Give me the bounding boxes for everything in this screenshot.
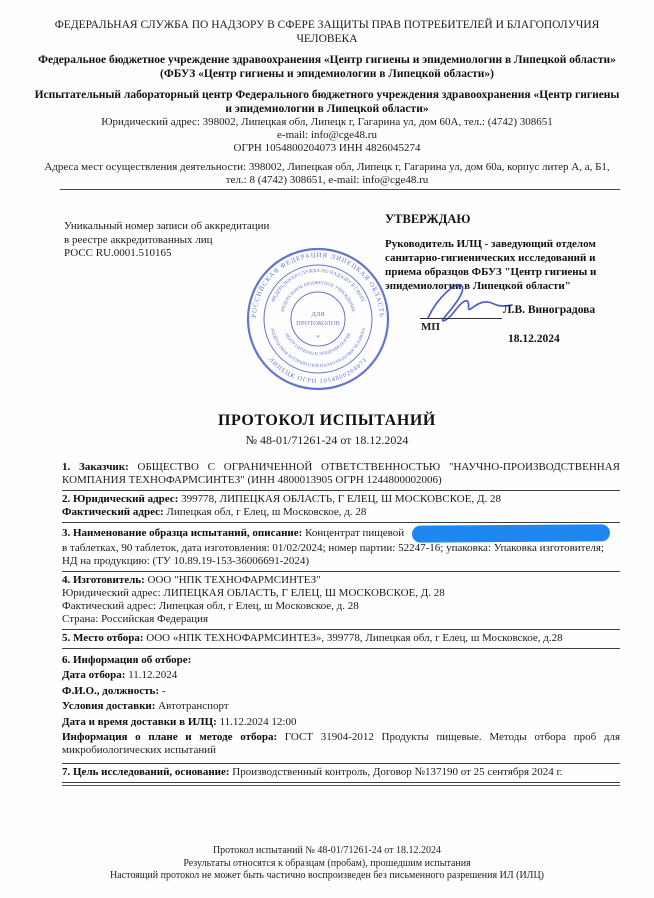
sample-name-visible: Концентрат пищевой	[305, 527, 404, 539]
legal-address-label: 2. Юридический адрес:	[62, 493, 178, 505]
redaction-highlight	[412, 524, 610, 542]
protocol-title: ПРОТОКОЛ ИСПЫТАНИЙ	[0, 412, 654, 430]
fio-value: -	[162, 685, 166, 697]
section-sampling-info: 6. Информация об отборе: Дата отбора: 11…	[62, 649, 620, 764]
section-sampling-place: 5. Место отбора: ООО «НПК ТЕХНОФАРМСИНТЕ…	[62, 630, 620, 649]
signature-line	[420, 318, 502, 319]
sample-nd: НД на продукцию: (ТУ 10.89.19-153-360066…	[62, 555, 620, 568]
footer-protocol-ref: Протокол испытаний № 48-01/71261-24 от 1…	[0, 845, 654, 858]
official-round-stamp: РОССИЙСКАЯ ФЕДЕРАЦИЯ ЛИПЕЦКАЯ ОБЛАСТЬ ЛИ…	[244, 245, 392, 393]
document-header: ФЕДЕРАЛЬНАЯ СЛУЖБА ПО НАДЗОРУ В СФЕРЕ ЗА…	[27, 14, 627, 187]
sampling-method-label: Информация о плане и методе отбора:	[62, 731, 277, 743]
sampling-date-value: 11.12.2024	[128, 669, 177, 681]
laboratory-center-name: Испытательный лабораторный центр Федерал…	[34, 88, 620, 116]
stamp-center-line1: ДЛЯ	[311, 311, 325, 318]
purpose-value: Производственный контроль, Договор №1371…	[232, 766, 562, 778]
protocol-number: № 48-01/71261-24 от 18.12.2024	[0, 433, 654, 448]
mp-label: МП	[421, 321, 440, 333]
stamp-star: *	[316, 334, 320, 342]
manufacturer-value: ООО "НПК ТЕХНОФАРМСИНТЕЗ"	[148, 574, 321, 586]
delivery-conditions-value: Автотранспорт	[158, 700, 229, 712]
sampling-date-label: Дата отбора:	[62, 669, 125, 681]
organization-name: Федеральное бюджетное учреждение здравоо…	[27, 53, 627, 81]
arrival-datetime-label: Дата и время доставки в ИЛЦ:	[62, 716, 217, 728]
svg-text:РОССИЙСКАЯ ФЕДЕРАЦИЯ ЛИПЕЦКАЯ: РОССИЙСКАЯ ФЕДЕРАЦИЯ ЛИПЕЦКАЯ ОБЛАСТЬ	[251, 252, 385, 318]
stamp-ring-outer-bottom: ЛИПЕЦК ОГРН 1054800204073	[267, 356, 369, 385]
sampling-place-value: ООО «НПК ТЕХНОФАРМСИНТЕЗ», 399778, Липец…	[146, 632, 562, 644]
svg-text:ЛИПЕЦК ОГРН 1054800204073: ЛИПЕЦК ОГРН 1054800204073	[267, 356, 369, 385]
section-manufacturer: 4. Изготовитель: ООО "НПК ТЕХНОФАРМСИНТЕ…	[62, 572, 620, 630]
sample-label: 3. Наименование образца испытаний, описа…	[62, 527, 302, 539]
manufacturer-country: Страна: Российская Федерация	[62, 613, 620, 626]
legal-address: Юридический адрес: 398002, Липецкая обл,…	[27, 116, 627, 129]
svg-text:ФЕДЕРАЛЬНОЕ БЮДЖЕТНОЕ УЧРЕЖДЕН: ФЕДЕРАЛЬНОЕ БЮДЖЕТНОЕ УЧРЕЖДЕНИЕ	[280, 280, 357, 313]
arrival-datetime-value: 11.12.2024 12:00	[220, 716, 297, 728]
signer-name: Л.В. Виноградова	[503, 304, 595, 316]
protocol-document: ФЕДЕРАЛЬНАЯ СЛУЖБА ПО НАДЗОРУ В СФЕРЕ ЗА…	[0, 0, 654, 898]
fio-label: Ф.И.О., должность:	[62, 685, 159, 697]
stamp-ring-inner-top: ФЕДЕРАЛЬНОЕ БЮДЖЕТНОЕ УЧРЕЖДЕНИЕ	[280, 280, 357, 313]
federal-service-name: ФЕДЕРАЛЬНАЯ СЛУЖБА ПО НАДЗОРУ В СФЕРЕ ЗА…	[53, 18, 601, 46]
org-email: e-mail: info@cge48.ru	[27, 129, 627, 142]
footer-reproduction-note: Настоящий протокол не может быть частичн…	[0, 870, 654, 883]
accreditation-line1: Уникальный номер записи об аккредитации	[64, 220, 334, 234]
protocol-sections: 1. Заказчик: ОБЩЕСТВО С ОГРАНИЧЕННОЙ ОТВ…	[62, 459, 620, 783]
stamp-ring-outer-top: РОССИЙСКАЯ ФЕДЕРАЦИЯ ЛИПЕЦКАЯ ОБЛАСТЬ	[251, 252, 385, 318]
approval-title: УТВЕРЖДАЮ	[385, 212, 627, 226]
document-footer: Протокол испытаний № 48-01/71261-24 от 1…	[0, 845, 654, 883]
ogrn-inn: ОГРН 1054800204073 ИНН 4826045274	[27, 142, 627, 155]
legal-address-value: 399778, ЛИПЕЦКАЯ ОБЛАСТЬ, Г ЕЛЕЦ, Ш МОСК…	[181, 493, 501, 505]
sample-description: в таблетках, 90 таблеток, дата изготовле…	[62, 542, 620, 555]
delivery-conditions-label: Условия доставки:	[62, 700, 155, 712]
section-legal-address: 2. Юридический адрес: 399778, ЛИПЕЦКАЯ О…	[62, 491, 620, 523]
manufacturer-label: 4. Изготовитель:	[62, 574, 145, 586]
approval-date: 18.12.2024	[508, 333, 560, 345]
section-sample: 3. Наименование образца испытаний, описа…	[62, 523, 620, 572]
sampling-info-label: 6. Информация об отборе:	[62, 654, 191, 666]
protocol-title-block: ПРОТОКОЛ ИСПЫТАНИЙ № 48-01/71261-24 от 1…	[0, 412, 654, 448]
activity-addresses: Адреса мест осуществления деятельности: …	[37, 161, 617, 187]
sampling-place-label: 5. Место отбора:	[62, 632, 144, 644]
purpose-label: 7. Цель исследований, основание:	[62, 766, 230, 778]
header-divider	[60, 189, 620, 190]
manufacturer-legal-address: Юридический адрес: ЛИПЕЦКАЯ ОБЛАСТЬ, Г Е…	[62, 587, 620, 600]
stamp-center-line2: ПРОТОКОЛОВ	[296, 320, 340, 327]
actual-address-value: Липецкая обл, г Елец, ш Московское, д. 2…	[166, 506, 366, 518]
customer-label: 1. Заказчик:	[62, 461, 129, 473]
footer-results-note: Результаты относятся к образцам (пробам)…	[0, 858, 654, 871]
actual-address-label: Фактический адрес:	[62, 506, 164, 518]
customer-value: ОБЩЕСТВО С ОГРАНИЧЕННОЙ ОТВЕТСТВЕННОСТЬЮ…	[62, 461, 620, 486]
manufacturer-actual-address: Фактический адрес: Липецкая обл, г Елец,…	[62, 600, 620, 613]
section-purpose: 7. Цель исследований, основание: Произво…	[62, 764, 620, 783]
section-customer: 1. Заказчик: ОБЩЕСТВО С ОГРАНИЧЕННОЙ ОТВ…	[62, 459, 620, 491]
